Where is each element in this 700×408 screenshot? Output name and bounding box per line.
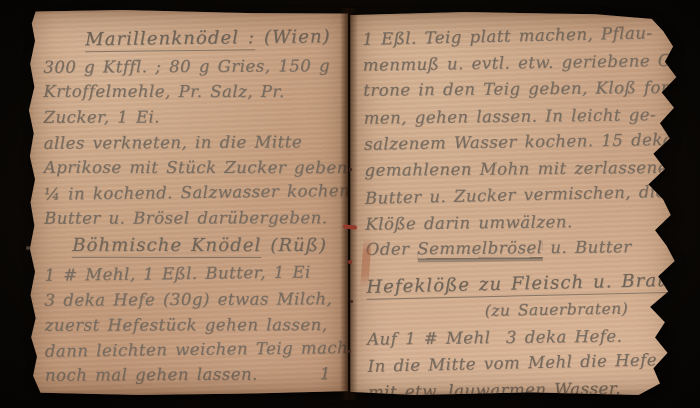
handwriting-line: Klöße darin umwälzen. — [365, 207, 677, 237]
recipe-title-note — [255, 27, 264, 48]
left-page-handwriting: Marillenknödel : (Wien) 300 g Ktffl. ; 8… — [26, 10, 348, 395]
emphasized-word: Semmelbrösel — [417, 238, 542, 258]
right-page-handwriting: 1 Eßl. Teig platt machen, Pflau- menmuß … — [350, 12, 678, 395]
handwriting-line: menmuß u. evtl. etw. geriebene Ci- — [363, 47, 675, 78]
handwriting-line: zuerst Hefestück gehen lassen, — [45, 312, 341, 338]
recipe-subnote: (zu Sauerbraten) — [367, 295, 678, 326]
handwriting-line: 300 g Ktffl. ; 80 g Gries, 150 g — [43, 53, 339, 80]
handwriting-line: Zucker, 1 Ei. — [44, 105, 340, 131]
handwriting-line: salzenem Wasser kochen. 15 deka — [364, 127, 676, 158]
handwriting-text: noch mal gehen lassen. — [45, 365, 258, 385]
left-page-wrap: Marillenknödel : (Wien) 300 g Ktffl. ; 8… — [26, 10, 348, 395]
handwriting-line: 1 # Mehl, 1 Eßl. Butter, 1 Ei — [44, 260, 340, 289]
handwriting-text: Oder — [366, 239, 418, 258]
recipe-title-boehmische-knoedel: Böhmische Knödel (Rüß) — [44, 230, 340, 261]
handwriting-line-last: noch mal gehen lassen.1 — [45, 361, 341, 388]
recipe-origin-note: (Wien) — [264, 26, 331, 48]
spine-speck — [348, 350, 351, 353]
handwriting-line: 3 deka Hefe (30g) etwas Milch, — [44, 286, 340, 313]
handwriting-text: u. Butter — [542, 237, 631, 257]
handwriting-line: trone in den Teig geben, Kloß for- — [363, 75, 675, 104]
handwriting-line: dann leichten weichen Teig machen — [45, 335, 341, 364]
alternative-coating-line: Oder Semmelbrösel u. Butter — [366, 234, 678, 263]
spine-speck — [350, 300, 353, 303]
recipe-title-marillenknoedel: Marillenknödel : (Wien) — [43, 21, 339, 56]
handwriting-line: Krtoffelmehle, Pr. Salz, Pr. — [43, 79, 339, 104]
left-page: Marillenknödel : (Wien) 300 g Ktffl. ; 8… — [26, 10, 348, 395]
binding-thread-dot — [348, 260, 352, 264]
recipe-title-text: Böhmische Knödel — [72, 235, 261, 258]
recipe-title-note: (Rüß) — [270, 235, 327, 256]
handwriting-line: Aprikose mit Stück Zucker geben. — [44, 155, 340, 180]
margin-dot — [26, 246, 30, 250]
notebook-photo: Marillenknödel : (Wien) 300 g Ktffl. ; 8… — [0, 0, 700, 408]
spine-speck — [349, 168, 352, 171]
handwriting-line: Butter u. Zucker vermischen, die — [365, 179, 678, 213]
handwriting-line: ¼ in kochend. Salzwasser kochen. — [44, 178, 340, 207]
right-page-wrap: 1 Eßl. Teig platt machen, Pflau- menmuß … — [350, 12, 678, 395]
spacer — [261, 235, 270, 256]
margin-mark: 1 — [320, 361, 331, 386]
recipe-title-text: Marillenknödel : — [85, 27, 255, 52]
handwriting-line: Butter u. Brösel darübergeben. — [44, 205, 340, 231]
right-page: 1 Eßl. Teig platt machen, Pflau- menmuß … — [350, 12, 678, 395]
handwriting-line: alles verkneten, in die Mitte — [44, 129, 340, 156]
